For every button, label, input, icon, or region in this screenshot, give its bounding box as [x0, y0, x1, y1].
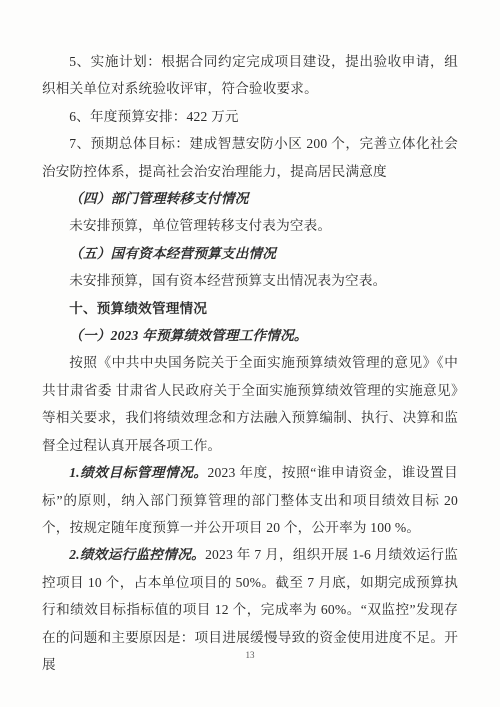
document-page: 5、实施计划：根据合同约定完成项目建设，提出验收申请，组织相关单位对系统验收评审…: [0, 0, 500, 707]
paragraph-expected-goals: 7、预期总体目标：建成智慧安防小区 200 个，完善立体化社会治安防控体系，提高…: [42, 130, 458, 185]
heading-section-5-state-capital: （五）国有资本经营预算支出情况: [42, 240, 458, 267]
paragraph-performance-targets: 1.绩效目标管理情况。2023 年度，按照“谁申请资金，谁设置目标”的原则，纳入…: [42, 459, 458, 541]
heading-subsection-1-2023-performance: （一）2023 年预算绩效管理工作情况。: [42, 322, 458, 349]
heading-section-4-transfer-payments: （四）部门管理转移支付情况: [42, 185, 458, 212]
paragraph-policy-basis: 按照《中共中央国务院关于全面实施预算绩效管理的意见》《中共甘肃省委 甘肃省人民政…: [42, 349, 458, 459]
paragraph-implementation-plan: 5、实施计划：根据合同约定完成项目建设，提出验收申请，组织相关单位对系统验收评审…: [42, 48, 458, 103]
paragraph-lead-performance-targets: 1.绩效目标管理情况。: [69, 465, 207, 480]
heading-chapter-10-performance: 十、预算绩效管理情况: [42, 295, 458, 322]
paragraph-lead-performance-monitoring: 2.绩效运行监控情况。: [69, 547, 205, 562]
paragraph-state-capital-empty: 未安排预算，国有资本经营预算支出情况表为空表。: [42, 267, 458, 294]
page-number: 13: [0, 649, 500, 661]
paragraph-transfer-payments-empty: 未安排预算，单位管理转移支付表为空表。: [42, 212, 458, 239]
paragraph-annual-budget: 6、年度预算安排：422 万元: [42, 103, 458, 130]
